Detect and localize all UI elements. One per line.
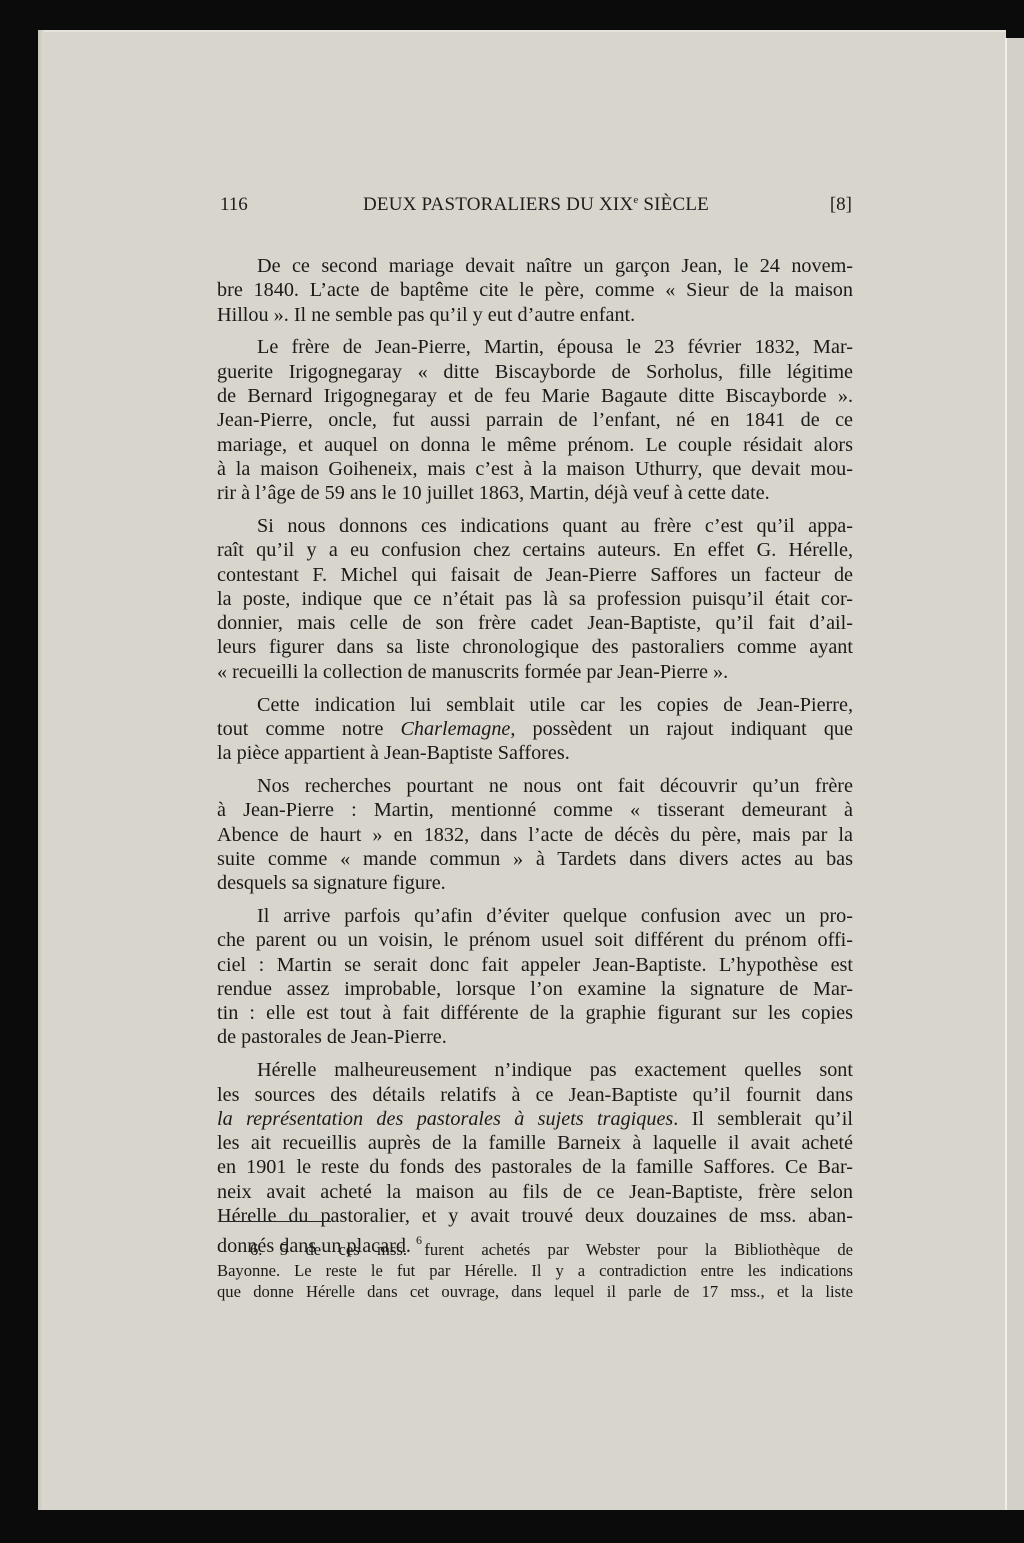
text-line: Hillou ». Il ne semble pas qu’il y eut d… — [217, 303, 853, 327]
paragraph: De ce second mariage devait naître un ga… — [217, 254, 853, 327]
text-line: Hérelle du pastoralier, et y avait trouv… — [217, 1204, 853, 1228]
work-title-italic: Charlemagne — [400, 718, 510, 740]
text-line: en 1901 le reste du fonds des pastorales… — [217, 1155, 853, 1179]
text-line: les sources des détails relatifs à ce Je… — [217, 1083, 853, 1107]
page-edge — [38, 30, 44, 1510]
text-line: de Bernard Irigognegaray et de feu Marie… — [217, 384, 853, 408]
text-line: Si nous donnons ces indications quant au… — [217, 514, 853, 538]
text-line: bre 1840. L’acte de baptême cite le père… — [217, 278, 853, 302]
paragraph: Il arrive parfois qu’afin d’éviter quelq… — [217, 904, 853, 1050]
text-line: guerite Irigognegaray « ditte Biscaybord… — [217, 360, 853, 384]
footnote-line: que donne Hérelle dans cet ouvrage, dans… — [217, 1281, 853, 1302]
work-title-italic: la représentation des pastorales à sujet… — [217, 1108, 673, 1130]
running-title-text: DEUX PASTORALIERS DU XIX — [363, 194, 633, 215]
text-line: suite comme « mande commun » à Tardets d… — [217, 847, 853, 871]
text-line: raît qu’il y a eu confusion chez certain… — [217, 538, 853, 562]
text-line: De ce second mariage devait naître un ga… — [217, 254, 853, 278]
body-text: De ce second mariage devait naître un ga… — [217, 254, 853, 1261]
text-line: rir à l’âge de 59 ans le 10 juillet 1863… — [217, 481, 853, 505]
running-title: DEUX PASTORALIERS DU XIXe SIÈCLE — [220, 194, 852, 216]
facing-page-edge — [1007, 38, 1024, 1510]
text-line: donnier, mais celle de son frère cadet J… — [217, 611, 853, 635]
text-line: à la maison Goiheneix, mais c’est à la m… — [217, 457, 853, 481]
text-line: la pièce appartient à Jean-Baptiste Saff… — [217, 741, 853, 765]
text-line: à Jean-Pierre : Martin, mentionné comme … — [217, 798, 853, 822]
text-fragment: . Il semblerait qu’il — [673, 1108, 853, 1130]
text-line: leurs figurer dans sa liste chronologiqu… — [217, 635, 853, 659]
text-line: Il arrive parfois qu’afin d’éviter quelq… — [217, 904, 853, 928]
footnote-separator — [219, 1221, 331, 1222]
text-line: les ait recueillis auprès de la famille … — [217, 1131, 853, 1155]
footnote-line: Bayonne. Le reste le fut par Hérelle. Il… — [217, 1260, 853, 1281]
text-fragment: , possèdent un rajout indiquant que — [510, 718, 853, 740]
text-line: desquels sa signature figure. — [217, 871, 853, 895]
footnote-line: 6. 5 de ces mss. furent achetés par Webs… — [217, 1239, 853, 1260]
text-line: tin : elle est tout à fait différente de… — [217, 1001, 853, 1025]
running-head: 116 DEUX PASTORALIERS DU XIXe SIÈCLE [8] — [220, 194, 852, 220]
text-line: neix avait acheté la maison au fils de c… — [217, 1180, 853, 1204]
paragraph: Le frère de Jean-Pierre, Martin, épousa … — [217, 335, 853, 505]
paragraph: Nos recherches pourtant ne nous ont fait… — [217, 774, 853, 895]
text-line: ciel : Martin se serait donc fait appele… — [217, 953, 853, 977]
text-line: Cette indication lui semblait utile car … — [217, 693, 853, 717]
text-line: Le frère de Jean-Pierre, Martin, épousa … — [217, 335, 853, 359]
text-line: Hérelle malheureusement n’indique pas ex… — [217, 1058, 853, 1082]
footnote: 6. 5 de ces mss. furent achetés par Webs… — [217, 1239, 853, 1302]
paragraph: Si nous donnons ces indications quant au… — [217, 514, 853, 684]
text-line: Abence de haurt » en 1832, dans l’acte d… — [217, 823, 853, 847]
text-line: de pastorales de Jean-Pierre. — [217, 1025, 853, 1049]
text-line: Nos recherches pourtant ne nous ont fait… — [217, 774, 853, 798]
text-line: la poste, indique que ce n’était pas là … — [217, 587, 853, 611]
paragraph: Cette indication lui semblait utile car … — [217, 693, 853, 766]
section-marker: [8] — [830, 194, 852, 216]
text-line: tout comme notre Charlemagne, possèdent … — [217, 717, 853, 741]
running-title-suffix: SIÈCLE — [638, 194, 709, 215]
text-line: mariage, et auquel on donna le même prén… — [217, 433, 853, 457]
text-line: rendue assez improbable, lorsque l’on ex… — [217, 977, 853, 1001]
text-line: Jean-Pierre, oncle, fut aussi parrain de… — [217, 408, 853, 432]
text-fragment: tout comme notre — [217, 718, 400, 740]
text-line: che parent ou un voisin, le prénom usuel… — [217, 928, 853, 952]
paragraph: Hérelle malheureusement n’indique pas ex… — [217, 1058, 853, 1252]
text-line: contestant F. Michel qui faisait de Jean… — [217, 563, 853, 587]
text-line: la représentation des pastorales à sujet… — [217, 1107, 853, 1131]
text-line: « recueilli la collection de manuscrits … — [217, 660, 853, 684]
